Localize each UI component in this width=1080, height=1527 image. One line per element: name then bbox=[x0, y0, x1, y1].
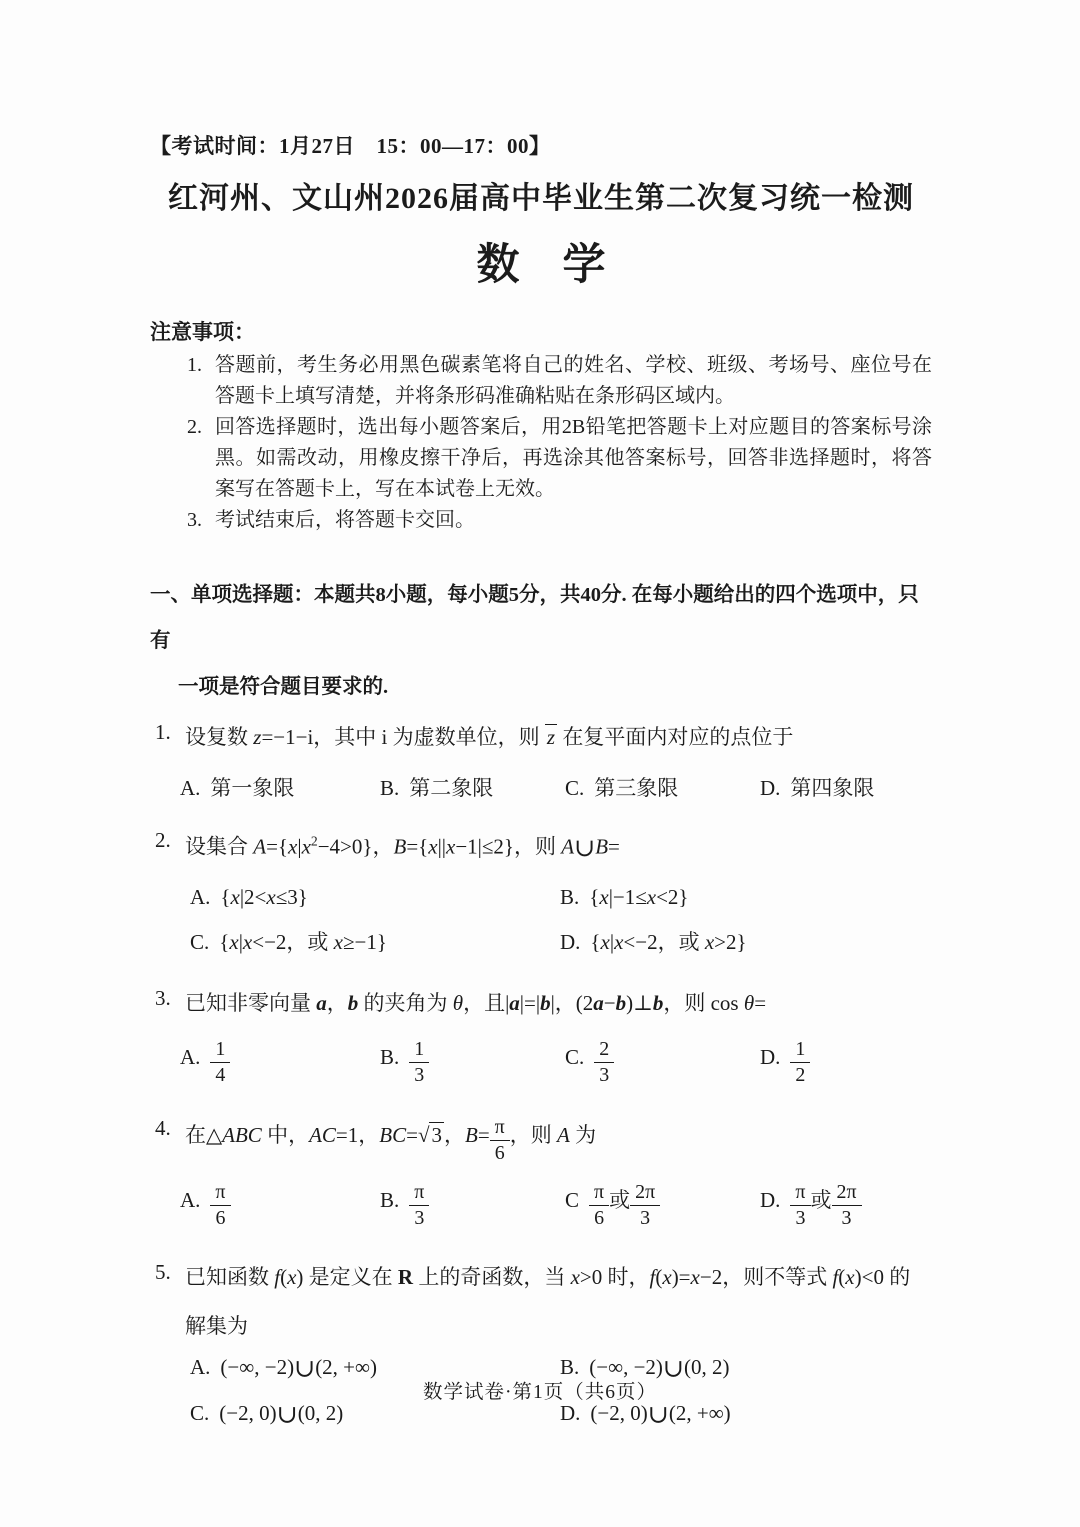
section-heading: 一、单项选择题：本题共8小题，每小题5分，共40分. 在每小题给出的四个选项中，… bbox=[150, 572, 932, 710]
notice-item-1: 1. 答题前，考生务必用黑色碳素笔将自己的姓名、学校、班级、考场号、座位号在答题… bbox=[150, 350, 932, 412]
question-options: A.{x|2<x≤3} B.{x|−1≤x<2} C.{x|x<−2，或 x≥−… bbox=[155, 885, 932, 956]
option-label: D. bbox=[560, 1401, 580, 1426]
question-options: A.第一象限 B.第二象限 C.第三象限 D.第四象限 bbox=[155, 772, 932, 802]
option-d: D.π3或2π3 bbox=[760, 1181, 862, 1230]
option-text: {x|x<−2，或 x>2} bbox=[590, 930, 746, 954]
question-stem-row: 4. 在△ABC 中，AC=1，BC=√3，B=π6，则 A 为 bbox=[155, 1116, 932, 1165]
option-text: 第三象限 bbox=[594, 776, 678, 800]
page-content: 【考试时间：1月27日 15：00—17：00】 红河州、文山州2026届高中毕… bbox=[150, 130, 932, 1430]
option-c: C.23 bbox=[565, 1038, 760, 1087]
option-text: (−2, 0)∪(2, +∞) bbox=[590, 1401, 730, 1425]
question-2: 2. 设集合 A={x|x2−4>0}，B={x||x−1|≤2}，则 A∪B=… bbox=[150, 828, 932, 956]
option-text: {x|2<x≤3} bbox=[220, 885, 307, 909]
option-text: π3 bbox=[409, 1188, 429, 1212]
question-4: 4. 在△ABC 中，AC=1，BC=√3，B=π6，则 A 为 A.π6 B.… bbox=[150, 1116, 932, 1230]
question-stem: 设复数 z=−1−i，其中 i 为虚数单位，则 z 在复平面内对应的点位于 bbox=[185, 720, 932, 756]
notice-heading: 注意事项： bbox=[150, 316, 932, 346]
question-1: 1. 设复数 z=−1−i，其中 i 为虚数单位，则 z 在复平面内对应的点位于… bbox=[150, 720, 932, 802]
option-c: C.{x|x<−2，或 x≥−1} bbox=[190, 926, 560, 956]
option-label: C. bbox=[565, 776, 584, 801]
option-d: D.12 bbox=[760, 1038, 810, 1087]
option-text: 第四象限 bbox=[790, 776, 874, 800]
question-stem-continued: 解集为 bbox=[155, 1310, 932, 1340]
option-c: Cπ6或2π3 bbox=[565, 1181, 760, 1230]
question-stem-row: 1. 设复数 z=−1−i，其中 i 为虚数单位，则 z 在复平面内对应的点位于 bbox=[155, 720, 932, 756]
option-d: D.{x|x<−2，或 x>2} bbox=[560, 926, 932, 956]
question-number: 4. bbox=[155, 1116, 185, 1165]
notice-item-3: 3. 考试结束后，将答题卡交回。 bbox=[150, 505, 932, 536]
question-stem: 在△ABC 中，AC=1，BC=√3，B=π6，则 A 为 bbox=[185, 1116, 932, 1165]
option-label: A. bbox=[190, 885, 210, 910]
option-label: A. bbox=[180, 776, 200, 801]
option-text: {x|−1≤x<2} bbox=[589, 885, 688, 909]
option-a: A.π6 bbox=[180, 1181, 380, 1230]
option-label: B. bbox=[380, 1188, 399, 1213]
question-5: 5. 已知函数 f(x) 是定义在 R 上的奇函数，当 x>0 时，f(x)=x… bbox=[150, 1260, 932, 1430]
option-label: B. bbox=[560, 885, 579, 910]
exam-paper-page: 【考试时间：1月27日 15：00—17：00】 红河州、文山州2026届高中毕… bbox=[0, 0, 1080, 1527]
option-b: B.13 bbox=[380, 1038, 565, 1087]
exam-time-note: 【考试时间：1月27日 15：00—17：00】 bbox=[150, 130, 932, 160]
question-number: 5. bbox=[155, 1260, 185, 1296]
section-heading-line1: 一、单项选择题：本题共8小题，每小题5分，共40分. 在每小题给出的四个选项中，… bbox=[150, 572, 932, 664]
page-footer: 数学试卷·第1页（共6页） bbox=[0, 1376, 1080, 1404]
option-text: 23 bbox=[594, 1045, 614, 1069]
option-text: π6或2π3 bbox=[589, 1188, 660, 1212]
option-label: D. bbox=[760, 1188, 780, 1213]
question-stem-row: 3. 已知非零向量 a，b 的夹角为 θ，且|a|=|b|，(2a−b)⊥b，则… bbox=[155, 986, 932, 1022]
option-text: π3或2π3 bbox=[790, 1188, 861, 1212]
option-text: 12 bbox=[790, 1045, 810, 1069]
option-label: B. bbox=[380, 1045, 399, 1070]
option-text: {x|x<−2，或 x≥−1} bbox=[219, 930, 387, 954]
question-options: A.π6 B.π3 Cπ6或2π3 D.π3或2π3 bbox=[155, 1181, 932, 1230]
option-text: 第二象限 bbox=[409, 776, 493, 800]
option-a: A.14 bbox=[180, 1038, 380, 1087]
question-number: 2. bbox=[155, 828, 185, 871]
notice-item-text: 回答选择题时，选出每小题答案后，用2B铅笔把答题卡上对应题目的答案标号涂黑。如需… bbox=[215, 412, 932, 505]
notice-item-text: 答题前，考生务必用黑色碳素笔将自己的姓名、学校、班级、考场号、座位号在答题卡上填… bbox=[215, 350, 932, 412]
section-heading-line2: 一项是符合题目要求的. bbox=[150, 664, 932, 710]
option-label: B. bbox=[380, 776, 399, 801]
option-label: A. bbox=[180, 1045, 200, 1070]
option-label: D. bbox=[760, 776, 780, 801]
option-d: D.第四象限 bbox=[760, 772, 874, 802]
option-c: C.(−2, 0)∪(0, 2) bbox=[190, 1400, 560, 1430]
notice-item-number: 1. bbox=[187, 350, 215, 412]
question-stem-row: 2. 设集合 A={x|x2−4>0}，B={x||x−1|≤2}，则 A∪B= bbox=[155, 828, 932, 871]
option-label: D. bbox=[560, 930, 580, 955]
paper-title: 红河州、文山州2026届高中毕业生第二次复习统一检测 bbox=[150, 173, 932, 217]
option-a: A.{x|2<x≤3} bbox=[190, 885, 560, 910]
option-c: C.第三象限 bbox=[565, 772, 760, 802]
notice-item-number: 2. bbox=[187, 412, 215, 505]
option-label: C. bbox=[565, 1045, 584, 1070]
option-b: B.{x|−1≤x<2} bbox=[560, 885, 932, 910]
question-stem-row: 5. 已知函数 f(x) 是定义在 R 上的奇函数，当 x>0 时，f(x)=x… bbox=[155, 1260, 932, 1296]
option-text: 13 bbox=[409, 1045, 429, 1069]
question-number: 3. bbox=[155, 986, 185, 1022]
option-label: C bbox=[565, 1188, 579, 1213]
option-text: 第一象限 bbox=[210, 776, 294, 800]
option-label: D. bbox=[760, 1045, 780, 1070]
question-stem: 已知函数 f(x) 是定义在 R 上的奇函数，当 x>0 时，f(x)=x−2，… bbox=[185, 1260, 932, 1296]
option-b: B.第二象限 bbox=[380, 772, 565, 802]
question-stem: 设集合 A={x|x2−4>0}，B={x||x−1|≤2}，则 A∪B= bbox=[185, 828, 932, 871]
subject-title: 数 学 bbox=[150, 231, 932, 292]
option-text: (−2, 0)∪(0, 2) bbox=[219, 1401, 343, 1425]
question-3: 3. 已知非零向量 a，b 的夹角为 θ，且|a|=|b|，(2a−b)⊥b，则… bbox=[150, 986, 932, 1087]
notice-item-2: 2. 回答选择题时，选出每小题答案后，用2B铅笔把答题卡上对应题目的答案标号涂黑… bbox=[150, 412, 932, 505]
option-text: 14 bbox=[210, 1045, 230, 1069]
question-options: A.14 B.13 C.23 D.12 bbox=[155, 1038, 932, 1087]
option-a: A.第一象限 bbox=[180, 772, 380, 802]
notice-item-text: 考试结束后，将答题卡交回。 bbox=[215, 505, 932, 536]
notice-item-number: 3. bbox=[187, 505, 215, 536]
question-number: 1. bbox=[155, 720, 185, 756]
option-label: C. bbox=[190, 1401, 209, 1426]
option-text: π6 bbox=[210, 1188, 230, 1212]
option-d: D.(−2, 0)∪(2, +∞) bbox=[560, 1400, 932, 1430]
option-b: B.π3 bbox=[380, 1181, 565, 1230]
option-label: A. bbox=[180, 1188, 200, 1213]
question-stem: 已知非零向量 a，b 的夹角为 θ，且|a|=|b|，(2a−b)⊥b，则 co… bbox=[185, 986, 932, 1022]
option-label: C. bbox=[190, 930, 209, 955]
notice-list: 1. 答题前，考生务必用黑色碳素笔将自己的姓名、学校、班级、考场号、座位号在答题… bbox=[150, 350, 932, 536]
